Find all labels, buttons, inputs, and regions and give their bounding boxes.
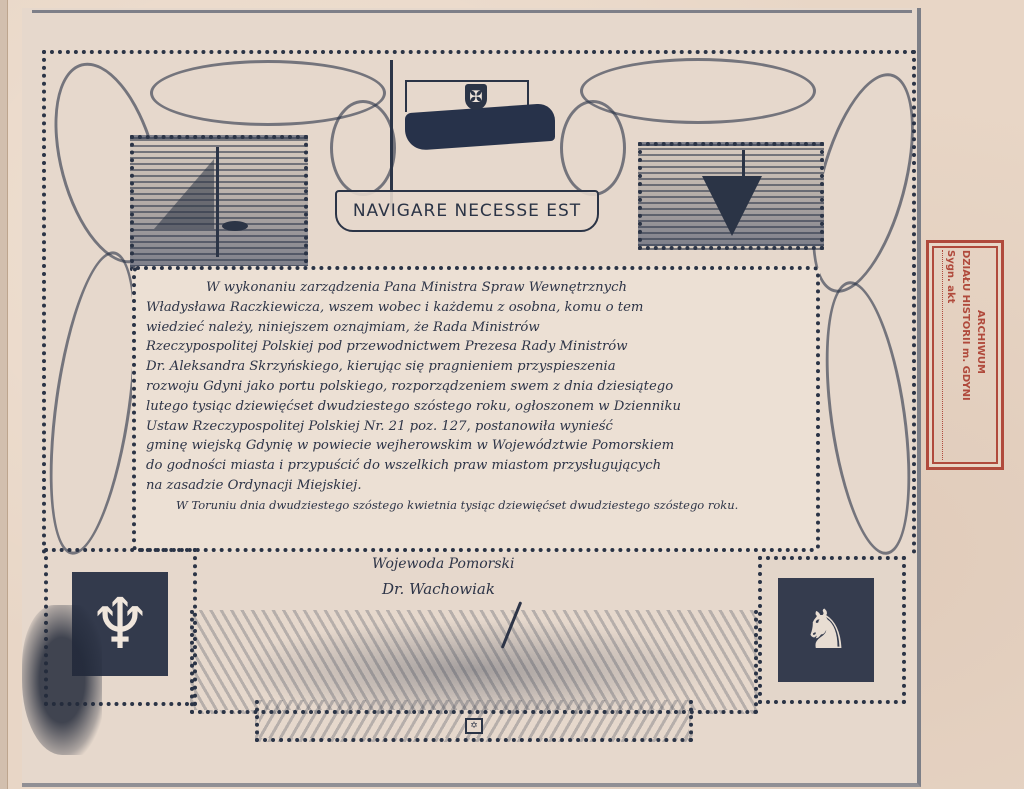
stamp-line-2: DZIAŁU HISTORII m. GDYNI [958,250,973,460]
steamship-illustration [638,142,824,250]
small-flag-icon: ✡ [465,718,483,734]
body-line: W wykonaniu zarządzenia Pana Ministra Sp… [146,278,796,298]
ink-blot [22,605,102,755]
body-line: lutego tysiąc dziewięćset dwudziestego s… [146,397,796,417]
date-line: W Toruniu dnia dwudziestego szóstego kwi… [146,496,796,516]
body-line: Władysława Raczkiewicza, wszem wobec i k… [146,298,796,318]
flagpole [390,60,393,210]
stamp-line-1: ARCHIWUM [973,250,988,460]
body-line: Dr. Aleksandra Skrzyńskiego, kierując si… [146,357,796,377]
sheet-top-border [32,10,912,13]
small-boat [222,221,248,231]
bottom-ornament-band [190,610,758,714]
archive-stamp: ARCHIWUM DZIAŁU HISTORII m. GDYNI Sygn. … [926,240,1004,470]
boat-mast [216,147,219,257]
body-line: Ustaw Rzeczypospolitej Polskiej Nr. 21 p… [146,417,796,437]
body-line: do godności miasta i przypuścić do wszel… [146,456,796,476]
body-line: gminę wiejską Gdynię w powiecie wejherow… [146,436,796,456]
motto-banner: NAVIGARE NECESSE EST [335,190,599,232]
signature-block: Wojewoda Pomorski Dr. Wachowiak [372,556,515,598]
ship-mast [742,150,745,190]
page-edge [0,0,8,789]
stamp-line-3: Sygn. akt [942,250,958,460]
vine-ornament [560,100,626,196]
body-line: na zasadzie Ordynacji Miejskiej. [146,476,796,496]
griffin-icon: ♞ [778,578,874,682]
sail-shape [154,159,214,229]
signatory-title: Wojewoda Pomorski [372,556,515,572]
ship-hull [702,176,762,236]
body-line: rozwoju Gdyni jako portu polskiego, rozp… [146,377,796,397]
body-line: Rzeczypospolitej Polskiej pod przewodnic… [146,337,796,357]
certificate-body: W wykonaniu zarządzenia Pana Ministra Sp… [146,278,796,516]
eagle-icon: ✠ [465,84,487,110]
sailing-boat-illustration [130,135,308,271]
vine-ornament [330,100,396,196]
signatory-name: Dr. Wachowiak [372,580,515,598]
body-line: wiedzieć należy, niniejszem oznajmiam, ż… [146,318,796,338]
